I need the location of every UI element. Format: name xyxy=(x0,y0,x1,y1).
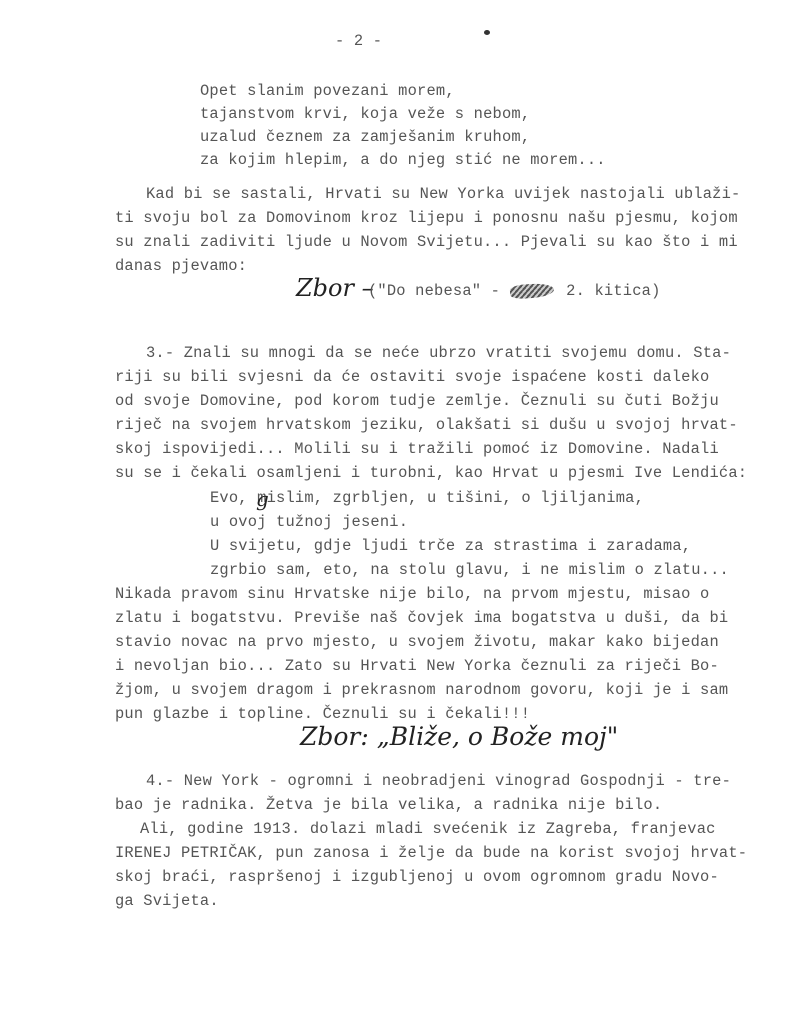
text-line: Nikada pravom sinu Hrvatske nije bilo, n… xyxy=(115,585,709,603)
text-line: IRENEJ PETRIČAK, pun zanosa i želje da b… xyxy=(115,844,747,862)
text-line: riji su bili svjesni da će ostaviti svoj… xyxy=(115,368,709,386)
poem-line: U svijetu, gdje ljudi trče za strastima … xyxy=(210,537,691,555)
handwritten-correction: g xyxy=(256,487,269,511)
text-line: skoj braći, raspršenoj i izgubljenoj u o… xyxy=(115,868,719,886)
poem-line: Opet slanim povezani morem, xyxy=(200,82,455,100)
poem-line: uzalud čeznem za zamješanim kruhom, xyxy=(200,128,530,146)
poem-line: zgrbio sam, eto, na stolu glavu, i ne mi… xyxy=(210,561,729,579)
text-line: žjom, u svojem dragom i prekrasnom narod… xyxy=(115,681,728,699)
handwritten-chorus-label: Zbor – xyxy=(296,274,374,302)
text-line: skoj ispovijedi... Molili su i tražili p… xyxy=(115,440,719,458)
poem-line: u ovoj tužnoj jeseni. xyxy=(210,513,408,531)
text-line: Kad bi se sastali, Hrvati su New Yorka u… xyxy=(146,185,740,203)
ink-speck xyxy=(484,30,490,35)
text-line: 4.- New York - ogromni i neobradjeni vin… xyxy=(146,772,731,790)
page-number: - 2 - xyxy=(335,32,382,50)
text-line: riječ na svojem hrvatskom jeziku, olakša… xyxy=(115,416,738,434)
text-line: pun glazbe i topline. Čeznuli su i čekal… xyxy=(115,705,530,723)
text-line: su znali zadiviti ljude u Novom Svijetu.… xyxy=(115,233,738,251)
text-line: su se i čekali osamljeni i turobni, kao … xyxy=(115,464,747,482)
text-line: danas pjevamo: xyxy=(115,257,247,275)
poem-line: tajanstvom krvi, koja veže s nebom, xyxy=(200,105,530,123)
text-line: 3.- Znali su mnogi da se neće ubrzo vrat… xyxy=(146,344,731,362)
text-line: Ali, godine 1913. dolazi mladi svećenik … xyxy=(140,820,716,838)
text-line: ti svoju bol za Domovinom kroz lijepu i … xyxy=(115,209,738,227)
poem-line: Evo, mislim, zgrbljen, u tišini, o ljilj… xyxy=(210,489,644,507)
text-line: zlatu i bogatstvu. Previše naš čovjek im… xyxy=(115,609,728,627)
poem-line: za kojim hlepim, a do njeg stić ne morem… xyxy=(200,151,606,169)
text-line: od svoje Domovine, pod korom tudje zemlj… xyxy=(115,392,719,410)
handwritten-chorus-2: Zbor: „Bliže, o Bože moj" xyxy=(300,722,618,751)
text-line: i nevoljan bio... Zato su Hrvati New Yor… xyxy=(115,657,719,675)
text-line: stavio novac na prvo mjesto, u svojem ži… xyxy=(115,633,719,651)
text-line: bao je radnika. Žetva je bila velika, a … xyxy=(115,796,662,814)
text-line: ga Svijeta. xyxy=(115,892,219,910)
